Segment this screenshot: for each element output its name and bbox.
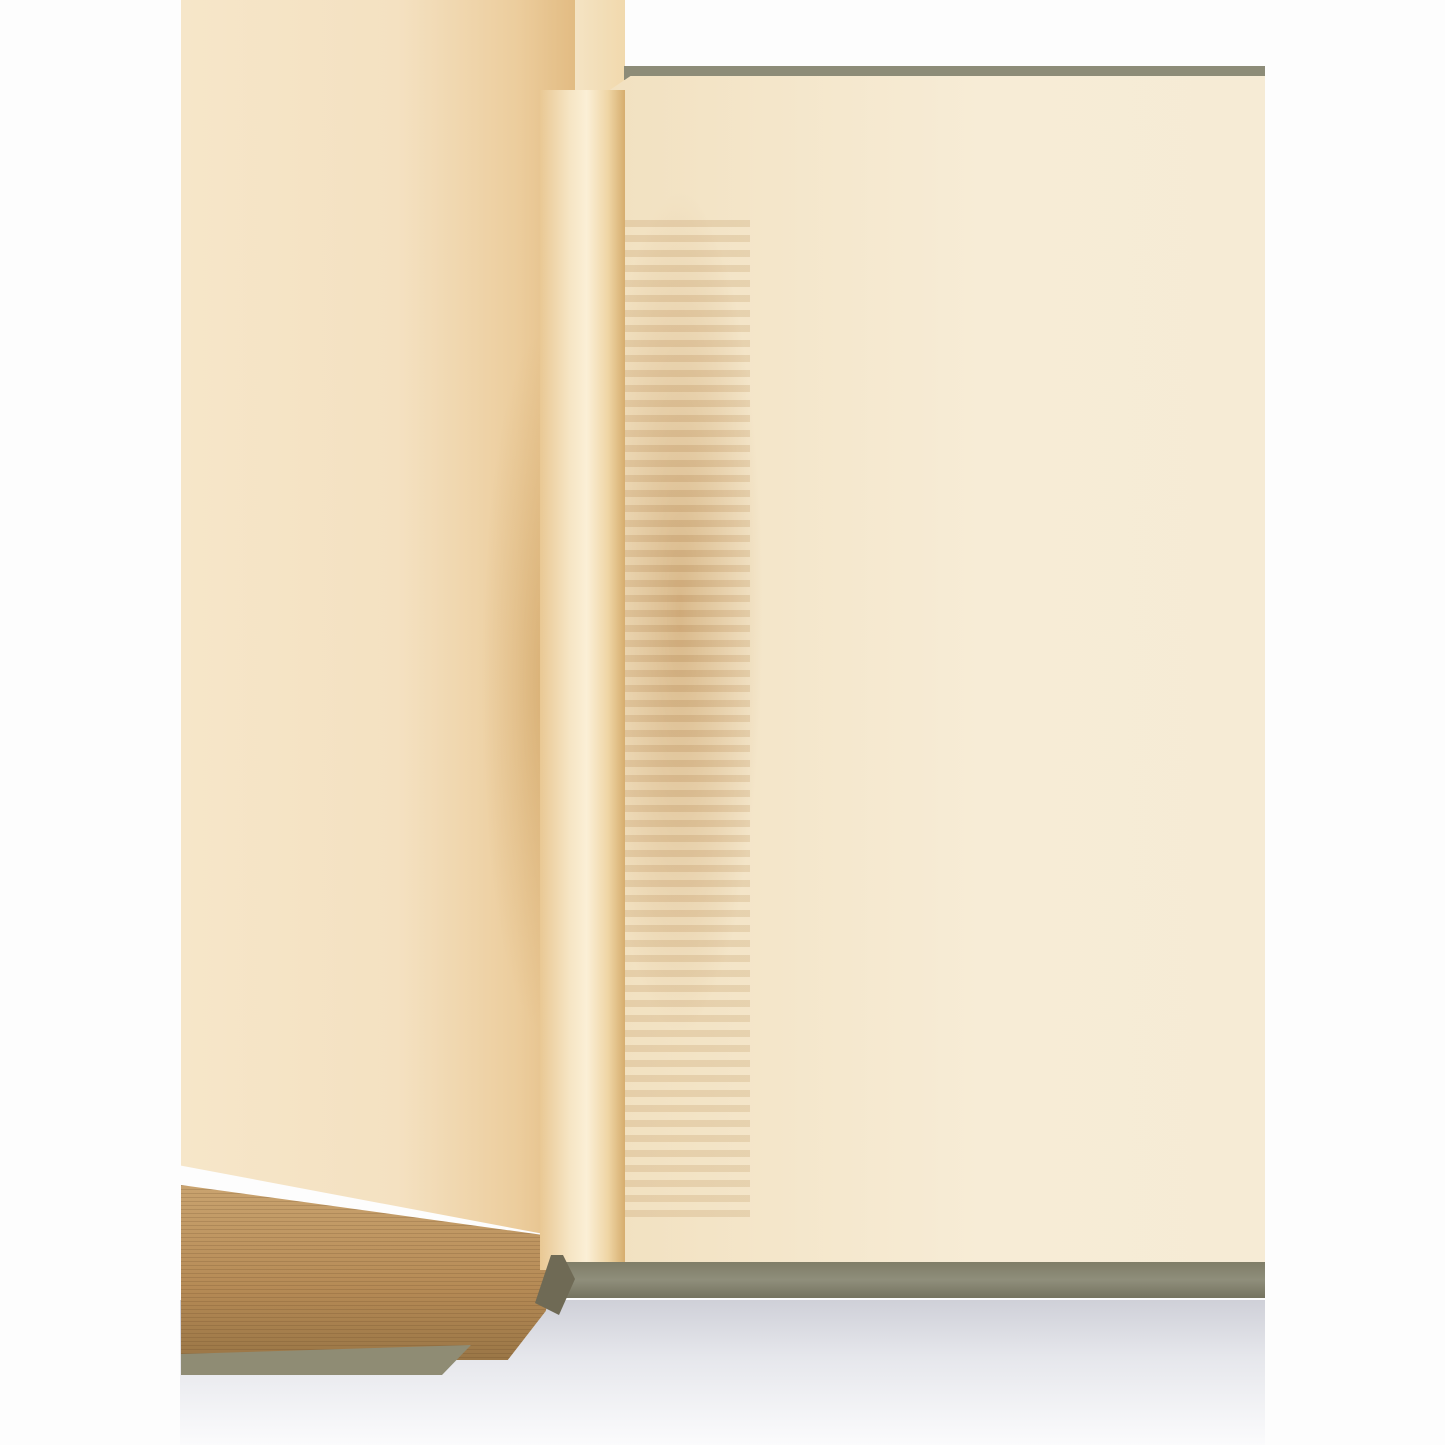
- spine-gutter: [540, 90, 625, 1270]
- left-endpaper: [181, 0, 576, 1240]
- book-photo: [0, 0, 1445, 1445]
- cover-board-bottom-edge: [560, 1262, 1265, 1298]
